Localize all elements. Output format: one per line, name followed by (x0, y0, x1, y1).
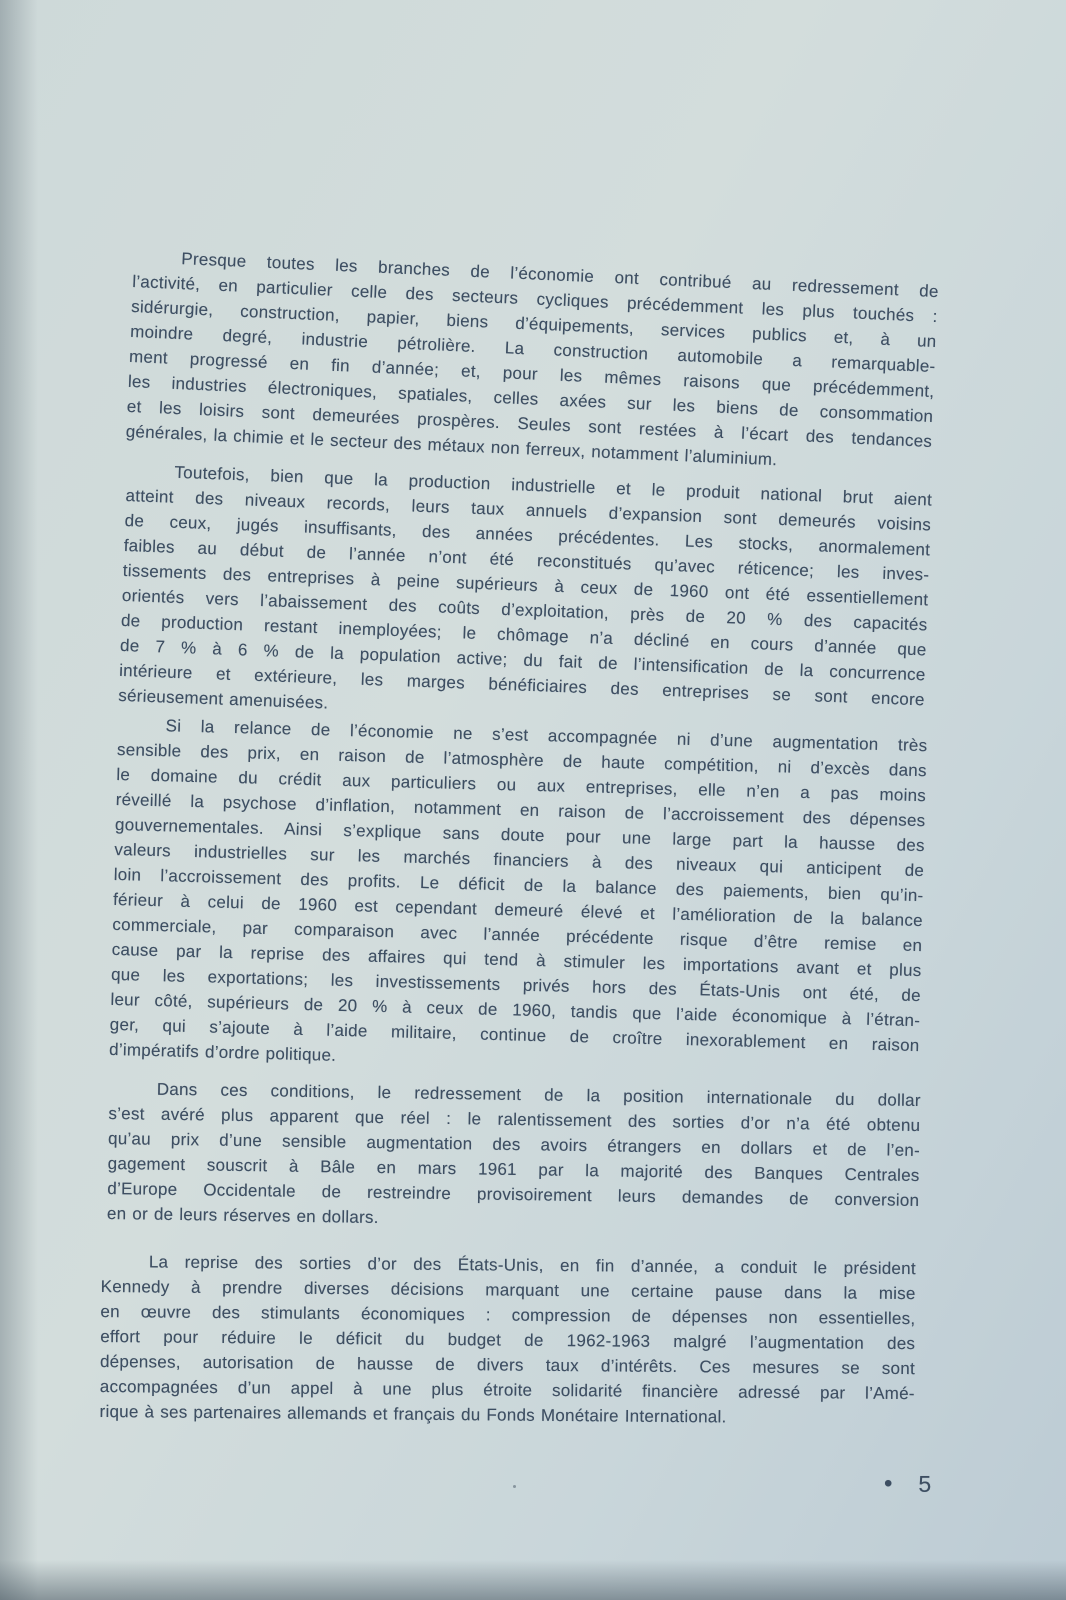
page-footer: • 5 (884, 1472, 931, 1496)
paragraph-4: Dans ces conditions, le redressement de … (107, 1076, 921, 1238)
scanned-book-page: Presque toutes les branches de l’économi… (0, 0, 1066, 1600)
paper-speck (513, 1485, 516, 1488)
paragraph-2: Toutefois, bien que la production indust… (118, 458, 933, 737)
paragraph-3: Si la relance de l’économie ne s’est acc… (109, 712, 928, 1083)
paragraph-1: Presque toutes les branches de l’économi… (125, 244, 939, 479)
page-number: 5 (918, 1472, 931, 1496)
footer-bullet-icon: • (884, 1472, 892, 1496)
paragraph-5: La reprise des sorties d’or des États-Un… (99, 1249, 915, 1431)
